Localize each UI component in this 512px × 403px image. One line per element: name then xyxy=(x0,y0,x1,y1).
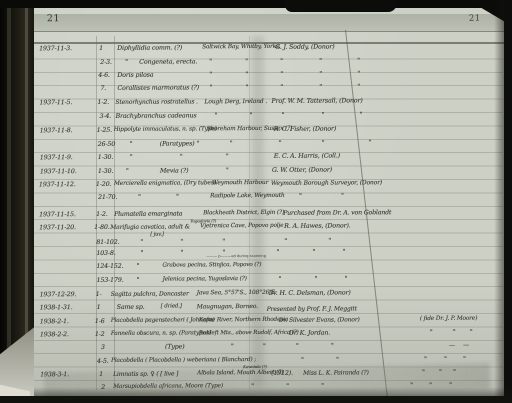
register-cell: " xyxy=(357,70,360,77)
register-cell: " xyxy=(319,84,322,91)
register-cell: " xyxy=(280,58,283,65)
register-cell: " xyxy=(314,276,317,283)
register-cell: E. C. A. Harris, (Coll.) xyxy=(274,152,340,159)
register-cell: 1937-11-9. xyxy=(40,154,73,161)
register-cell: 153-179. xyxy=(96,277,123,284)
register-cell: Purchased from Dr. A. von Goblandt xyxy=(283,209,391,217)
register-cell: " xyxy=(470,329,473,336)
register-cell: " xyxy=(136,263,139,270)
scan-bottom-edge xyxy=(0,396,512,403)
register-cell: " xyxy=(444,356,447,363)
register-cell: " xyxy=(357,83,360,90)
register-row: 1937-11-5.1-2.Stenorhynchus rostratellus… xyxy=(0,96,511,111)
register-cell: " xyxy=(463,356,466,363)
register-cell: Plumatella emarginata xyxy=(114,210,182,217)
register-cell: Presented by Prof. F. J. Meggitt xyxy=(267,305,357,313)
register-cell: Prof. W. M. Tattersall, (Donor) xyxy=(271,97,362,105)
register-cell: " xyxy=(296,343,299,350)
register-cell: Grabova pecina, Stinjica, Popovo (?) xyxy=(162,262,261,270)
register-cell: 1937-12-29. xyxy=(40,291,77,298)
handwriting-layer: 21 21 1937-11-3.1Diphyllidia comm. (?)Sa… xyxy=(0,0,512,403)
register-cell: " xyxy=(249,112,252,119)
register-cell: Yugoslavia (?) xyxy=(190,217,216,224)
register-cell: Placobdella ( Placobdella ) weberiana ( … xyxy=(111,357,256,365)
register-cell: 4-5. xyxy=(97,358,109,365)
register-cell: ( fide Dr. J. P. Moore) xyxy=(420,316,477,323)
register-cell: Brachybranchus cadeanus xyxy=(115,112,196,119)
register-cell: " xyxy=(180,153,183,160)
register-cell: 1938-2-2. xyxy=(40,331,69,338)
register-cell: 1937-11-5. xyxy=(39,99,72,106)
register-cell: G. W. Otter, (Donor) xyxy=(272,167,332,174)
register-cell: 1937-11-15. xyxy=(39,211,76,218)
register-row: 153-179."Jelenica pecina, Yugoslavia (?)… xyxy=(0,274,512,289)
scanner-note: ——— p———ed during scanning xyxy=(206,254,266,258)
register-cell: 1937-11-20. xyxy=(39,224,76,231)
register-cell: 103-8. xyxy=(96,250,115,257)
register-cell: " xyxy=(344,275,347,282)
register-cell: 1-2. xyxy=(96,211,108,218)
register-cell: " xyxy=(209,71,212,78)
register-cell: R. A. Hawes, (Donor). xyxy=(284,222,350,229)
register-cell: 4-6. xyxy=(98,72,110,79)
register-cell: 1-30. xyxy=(98,154,113,161)
register-cell: " xyxy=(424,356,427,363)
register-cell: " xyxy=(231,343,234,350)
scan-right-edge xyxy=(504,0,512,403)
register-cell: " xyxy=(263,343,266,350)
register-cell: Ruhleft Mts., above Rudolf, Africa (?) xyxy=(199,330,299,338)
register-cell: 1-6 xyxy=(95,318,105,325)
register-cell: Radipole Lake, Weymouth xyxy=(210,193,285,200)
register-cell: Stenorhynchus rostratellus . xyxy=(115,98,197,106)
register-cell: " xyxy=(359,111,362,118)
register-cell: Hippolyte immaculatus, n. sp. (Type) xyxy=(114,126,217,134)
register-cell: Lough Derg, Ireland . xyxy=(204,98,267,105)
register-row: 7.Corallistes marmoratus (?)""""" xyxy=(0,82,511,97)
register-cell: 1-20. xyxy=(96,181,111,188)
register-cell: " xyxy=(180,238,183,245)
register-cell: " xyxy=(279,140,282,147)
register-cell: Mevia (?) xyxy=(160,167,188,174)
register-cell: 2-3. xyxy=(100,59,112,66)
register-cell: " xyxy=(136,277,139,284)
register-cell: Kawanda (?) xyxy=(243,363,267,370)
register-cell: (1912). xyxy=(271,370,293,377)
register-cell: Kafue River, Northern Rhodesia xyxy=(199,317,288,325)
register-cell: Weymouth Borough Surveyor, (Donor) xyxy=(271,179,382,187)
register-cell: " xyxy=(222,238,225,245)
register-cell: R. C. Fisher, (Donor) xyxy=(274,126,337,133)
register-row: 1937-11-9.1-30."""E. C. A. Harris, (Coll… xyxy=(0,151,512,166)
register-cell: " xyxy=(126,168,129,175)
register-cell: 26-50 xyxy=(98,141,115,148)
register-cell: Congeneta, erecta. xyxy=(139,58,197,65)
register-row: 1937-11-3.1Diphyllidia comm. (?)Saltwick… xyxy=(0,42,511,57)
register-cell: Fannella obscura, n. sp. (Paratypes) xyxy=(111,330,211,338)
register-cell: Jelenica pecina, Yugoslavia (?) xyxy=(162,276,246,284)
register-cell: 1-2. xyxy=(97,99,109,106)
register-cell: Marifugia cavatica, adult & xyxy=(110,223,190,230)
register-cell: Miss L. K. Pairanda (?) xyxy=(303,369,369,376)
book-spine-shadow xyxy=(285,0,397,12)
register-cell: — xyxy=(449,342,455,349)
register-cell: " xyxy=(280,71,283,78)
register-cell: " xyxy=(209,84,212,91)
register-cell: " xyxy=(281,112,284,119)
scan-top-edge xyxy=(0,0,512,8)
register-row: 21-70.""Radipole Lake, Weymouth"" xyxy=(0,191,512,206)
register-cell: " xyxy=(209,58,212,65)
register-cell: " xyxy=(130,154,133,161)
register-cell: " xyxy=(176,193,179,200)
register-cell: Blackheath District, Elgin (?) xyxy=(203,210,284,217)
register-cell: 1938-3-1. xyxy=(40,371,69,378)
register-cell: " xyxy=(130,141,133,148)
register-cell: 7. xyxy=(100,85,106,92)
register-cell: Mercierella enigmatica, (Dry tubes). xyxy=(114,180,218,188)
register-cell: Weymouth Harbour xyxy=(212,180,268,187)
register-cell: 1938-1-31. xyxy=(40,304,73,311)
register-cell: 1- xyxy=(96,291,102,298)
register-row: 124-152."Grabova pecina, Stinjica, Popov… xyxy=(0,260,512,275)
register-cell: Doris pilosa xyxy=(117,72,153,79)
register-cell: " xyxy=(439,369,442,376)
register-cell: " xyxy=(319,71,322,78)
register-cell: " xyxy=(299,193,302,200)
register-row: 1938-1-31.1Same sp.[ dried.]Maugnugan, B… xyxy=(1,301,512,316)
register-cell: " xyxy=(321,112,324,119)
register-cell: 3-4. xyxy=(99,113,111,120)
page-number-left: 21 xyxy=(47,13,60,24)
register-cell: 21-70. xyxy=(98,194,117,201)
register-cell: 124-152. xyxy=(96,263,123,270)
scanned-register-page: 21 21 1937-11-3.1Diphyllidia comm. (?)Sa… xyxy=(0,0,512,403)
register-cell: — xyxy=(463,342,469,349)
register-cell: " xyxy=(278,276,281,283)
register-cell: 1-25. xyxy=(97,127,112,134)
register-row: 1937-11-8.1-25.Hippolyte immaculatus, n.… xyxy=(0,124,512,139)
register-cell: " xyxy=(336,356,339,363)
register-row: 3-4.Brachybranchus cadeanus""""" xyxy=(0,110,512,125)
register-cell: 3 xyxy=(101,344,105,351)
register-cell: " xyxy=(284,238,287,245)
register-cell: " xyxy=(226,153,229,160)
register-cell: Sagitta pulchra, Doncaster xyxy=(111,290,189,297)
register-cell: " xyxy=(453,329,456,336)
register-cell: " xyxy=(422,369,425,376)
register-cell: 1 xyxy=(99,371,103,378)
register-cell: 1937-11-3. xyxy=(39,45,72,52)
register-row: 3(Type)""""—— xyxy=(1,341,512,356)
register-cell: " xyxy=(322,140,325,147)
register-cell: " xyxy=(180,249,183,256)
register-cell: Maugnugan, Borneo. xyxy=(197,303,258,310)
register-cell: " xyxy=(453,369,456,376)
register-cell: " xyxy=(342,248,345,255)
register-cell: Corallistes marmoratus (?) xyxy=(117,84,199,91)
register-cell: " xyxy=(226,167,229,174)
register-cell: Same sp. xyxy=(117,304,145,311)
register-cell: [ dried.] xyxy=(161,303,182,310)
register-cell: " xyxy=(140,239,143,246)
register-cell: Dr. H. C. Delsman, (Donor) xyxy=(269,289,351,297)
register-cell: " xyxy=(341,192,344,199)
register-cell: 1-80. xyxy=(94,224,109,231)
register-cell: " xyxy=(276,249,279,256)
register-cell: " xyxy=(319,58,322,65)
register-cell: " xyxy=(245,84,248,91)
register-cell: 1937-11-12. xyxy=(39,181,76,188)
register-cell: Java Sea, 5°57'S., 108°26'E. xyxy=(197,290,277,297)
register-cell: " xyxy=(245,71,248,78)
register-cell: 1-30. xyxy=(98,168,113,175)
register-cell: 1-2 xyxy=(95,331,105,338)
register-cell: 81-102. xyxy=(96,239,119,246)
register-cell: " xyxy=(328,238,331,245)
register-cell: Limnatis sp. ♀ ( [ live ] xyxy=(113,370,178,377)
register-cell: 1 xyxy=(97,304,101,311)
register-cell: " xyxy=(214,112,217,119)
register-cell: " xyxy=(138,194,141,201)
register-cell: " xyxy=(312,249,315,256)
register-cell: " xyxy=(280,84,283,91)
register-cell: " xyxy=(430,329,433,336)
register-cell: " xyxy=(230,140,233,147)
page-number-right: 21 xyxy=(469,14,481,24)
register-cell: 1937-11-8. xyxy=(40,127,73,134)
register-cell: " xyxy=(301,357,304,364)
register-cell: Dr. Silvester Evans, (Donor) xyxy=(279,316,360,323)
register-cell: 1 xyxy=(99,45,103,52)
register-cell: " xyxy=(357,57,360,64)
register-cell: " xyxy=(331,343,334,350)
register-cell: 1938-2-1. xyxy=(40,318,69,325)
register-cell: Saltwick Bay, Whitby, Yorks. xyxy=(202,44,280,51)
register-cell: " xyxy=(125,59,128,66)
register-cell: G. J. Soddy, (Donor) xyxy=(275,44,334,51)
register-cell: Dr. K. Jordan. xyxy=(289,330,330,337)
register-cell: " xyxy=(140,250,143,257)
register-cell: Diphyllidia comm. (?) xyxy=(117,44,182,51)
register-cell: (Type) xyxy=(165,343,185,350)
register-cell: " xyxy=(369,139,372,146)
register-cell: 1937-11-10. xyxy=(40,168,77,175)
register-cell: (Paratypes) " xyxy=(160,140,199,147)
register-cell: " xyxy=(245,58,248,65)
register-row: 1937-11-20.1-80.Marifugia cavatica, adul… xyxy=(0,221,512,236)
